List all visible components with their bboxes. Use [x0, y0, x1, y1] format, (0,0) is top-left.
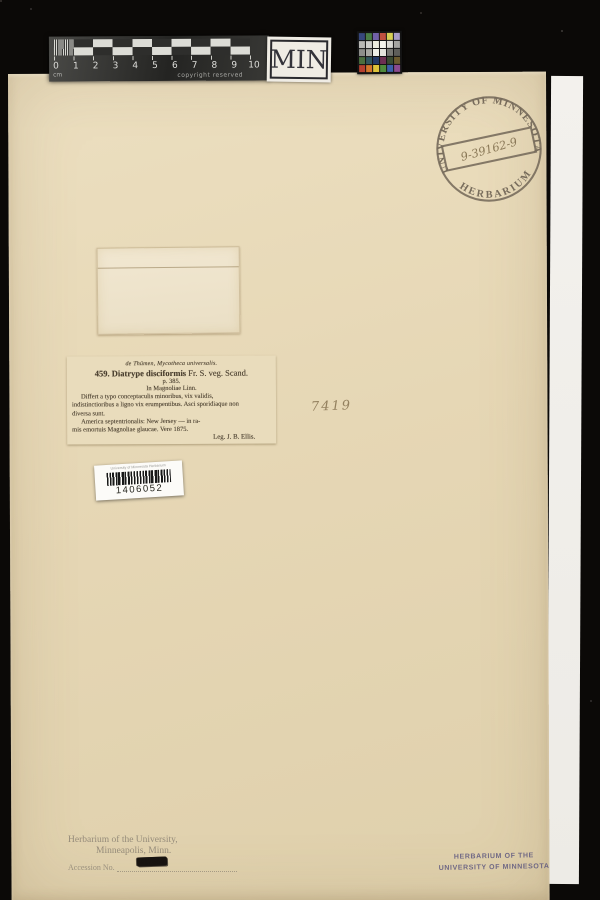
tick-label: 5: [148, 61, 162, 71]
color-chip-cell: [373, 65, 379, 72]
tick-label: 2: [89, 61, 103, 71]
color-chip-cell: [359, 65, 365, 72]
tick-label: 10: [247, 60, 261, 70]
checker-row-bottom: [54, 47, 250, 56]
color-chip-cell: [373, 57, 379, 64]
tick-label: 3: [108, 61, 122, 71]
label-host: In Magnoliae Linn.: [72, 384, 271, 392]
color-chip-cell: [366, 33, 372, 40]
sheet-imprint: Herbarium of the University, Minneapolis…: [68, 835, 237, 872]
stamp-bottom-text: HERBARIUM: [456, 166, 538, 208]
color-chip-cell: [359, 41, 365, 48]
packet-fold-line: [98, 266, 239, 268]
color-chip-cell: [373, 33, 379, 40]
tick-label: 6: [168, 61, 182, 71]
scale-bar: 0 1 2 3 4 5 6 7 8 9 10 cm copyright rese…: [49, 35, 269, 81]
color-chip-cell: [387, 65, 393, 72]
millimeter-hatch: [54, 39, 74, 55]
color-chip-cell: [359, 57, 365, 64]
color-chip-cell: [380, 33, 386, 40]
color-chip-cell: [387, 49, 393, 56]
label-series: de Thümen, Mycotheca universalis.: [72, 360, 271, 367]
color-chip-cell: [380, 49, 386, 56]
color-chip-cell: [373, 49, 379, 56]
tick-label: 1: [69, 61, 83, 71]
scale-bar-checker: [54, 39, 250, 56]
imprint-line-1: Herbarium of the University,: [68, 835, 237, 845]
color-chip-cell: [366, 65, 372, 72]
label-collector: Leg. J. B. Ellis.: [72, 434, 271, 442]
color-chip-cell: [366, 41, 372, 48]
institution-code-card: MIN: [267, 37, 332, 83]
color-chip-cell: [394, 65, 400, 72]
color-calibration-chart: [357, 31, 402, 74]
label-title: 459. Diatrype disciformis Fr. S. veg. Sc…: [72, 367, 271, 378]
accession-row: Accession No. 417664: [68, 862, 237, 872]
color-chip-cell: [394, 49, 400, 56]
color-chip-cell: [394, 33, 400, 40]
color-chip-cell: [394, 41, 400, 48]
dust-specks: [0, 0, 2, 2]
color-chip-cell: [380, 57, 386, 64]
label-authority: Fr. S. veg. Scand.: [188, 368, 248, 378]
color-chip-cell: [359, 49, 365, 56]
herbarium-scan: 0 1 2 3 4 5 6 7 8 9 10 cm copyright rese…: [0, 0, 600, 900]
specimen-label: de Thümen, Mycotheca universalis. 459. D…: [67, 355, 276, 444]
color-chip-cell: [359, 33, 365, 40]
color-chip-cell: [387, 57, 393, 64]
crossed-out-accession-number: 417664: [137, 856, 167, 866]
accession-stamp-svg: UNIVERSITY OF MINNESOTA HERBARIUM 9-3916…: [415, 75, 562, 222]
stamp-handwritten-number: 9-39162-9: [459, 134, 519, 164]
tick-label: 4: [128, 61, 142, 71]
annotation-number: 7419: [311, 398, 353, 414]
accession-stamp: UNIVERSITY OF MINNESOTA HERBARIUM 9-3916…: [415, 75, 562, 222]
specimen-packet: [97, 246, 241, 334]
barcode-label: University of Minnesota Herbarium 140605…: [94, 460, 184, 500]
tick-label: 8: [207, 61, 221, 71]
color-chip-cell: [366, 49, 372, 56]
color-chip-cell: [373, 41, 379, 48]
label-species-name: Diatrype disciformis: [112, 368, 186, 378]
institution-code-border: [270, 40, 329, 80]
color-chip-cell: [380, 65, 386, 72]
scale-bar-numbers: 0 1 2 3 4 5 6 7 8 9 10: [49, 60, 261, 71]
imprint-line-2: Minneapolis, Minn.: [96, 846, 237, 856]
tick-label: 0: [49, 62, 63, 72]
accession-label: Accession No.: [68, 863, 115, 872]
tick-label: 7: [188, 61, 202, 71]
color-chip-cell: [380, 41, 386, 48]
scale-unit-label: cm: [53, 72, 62, 79]
color-chip-cell: [366, 57, 372, 64]
color-chip-cell: [394, 57, 400, 64]
copyright-text: copyright reserved: [177, 72, 243, 79]
color-chip-cell: [387, 41, 393, 48]
tick-label: 9: [227, 61, 241, 71]
accession-dotted-line: 417664: [117, 862, 237, 872]
herbarium-ownership-stamp: HERBARIUM OF THE UNIVERSITY OF MINNESOTA: [424, 850, 564, 875]
color-chip-cell: [387, 33, 393, 40]
color-chart-grid: [359, 33, 400, 72]
label-number: 459.: [95, 368, 110, 378]
